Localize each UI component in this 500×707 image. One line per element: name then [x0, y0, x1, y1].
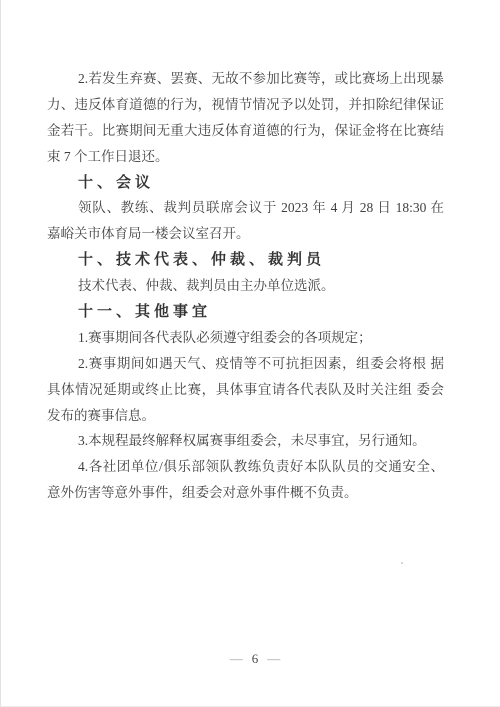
section-heading: 十、会议 — [47, 170, 444, 196]
document-text: 2.若发生弃赛、罢赛、无故不参加比赛等，或比赛场上出现暴力、违反体育道德的行为，… — [47, 66, 444, 506]
page-number-right-dash: — — [267, 651, 280, 666]
page-number: 6 — [252, 651, 259, 666]
text-line: 具体情况延期或终止比赛，具体事宜请各代表队及时关注组 委会 — [47, 377, 444, 403]
page-footer: —6— — [1, 651, 500, 667]
section-heading: 十、技术代表、仲裁、裁判员 — [47, 247, 444, 273]
scan-speck-artifact — [401, 562, 403, 564]
text-line: 意外伤害等意外事件，组委会对意外事件概不负责。 — [47, 480, 444, 506]
text-line: 嘉峪关市体育局一楼会议室召开。 — [47, 221, 444, 247]
text-line: 力、违反体育道德的行为，视情节情况予以处罚，并扣除纪律保证 — [47, 92, 444, 118]
text-line: 2.若发生弃赛、罢赛、无故不参加比赛等，或比赛场上出现暴 — [47, 66, 444, 92]
text-line: 发布的赛事信息。 — [47, 403, 444, 429]
text-line: 3.本规程最终解释权属赛事组委会，未尽事宜，另行通知。 — [47, 428, 444, 454]
text-line: 2.赛事期间如遇天气、疫情等不可抗拒因素，组委会将根 据 — [47, 351, 444, 377]
text-line: 领队、教练、裁判员联席会议于 2023 年 4 月 28 日 18:30 在 — [47, 195, 444, 221]
text-line: 4.各社团单位/俱乐部领队教练负责好本队队员的交通安全、 — [47, 454, 444, 480]
text-line: 金若干。比赛期间无重大违反体育道德的行为，保证金将在比赛结 — [47, 118, 444, 144]
text-line: 束 7 个工作日退还。 — [47, 144, 444, 170]
page-number-left-dash: — — [230, 651, 243, 666]
section-heading: 十一、其他事宜 — [47, 299, 444, 325]
text-line: 技术代表、仲裁、裁判员由主办单位选派。 — [47, 273, 444, 299]
text-line: 1.赛事期间各代表队必须遵守组委会的各项规定； — [47, 325, 444, 351]
document-page: 2.若发生弃赛、罢赛、无故不参加比赛等，或比赛场上出现暴力、违反体育道德的行为，… — [0, 0, 500, 707]
